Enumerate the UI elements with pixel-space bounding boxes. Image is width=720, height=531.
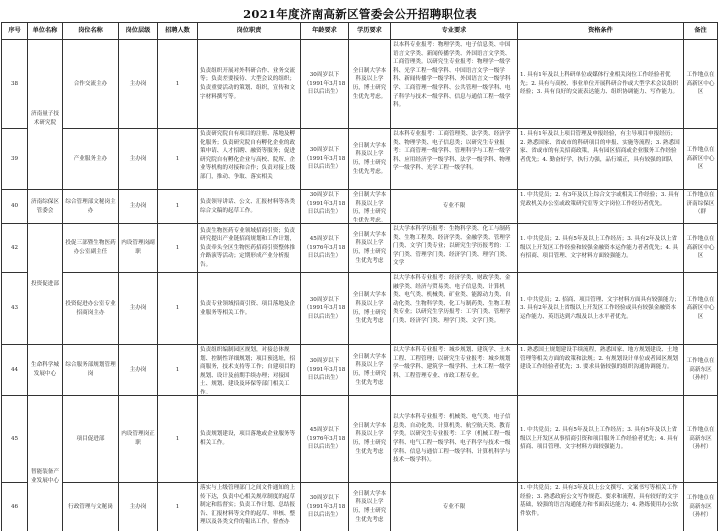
note-text: 工作地点在高新区中心区 (684, 224, 718, 273)
major-requirement: 专业不限 (391, 190, 518, 224)
position-name: 合作交流主办 (63, 40, 119, 129)
education-requirement: 全日制大学本科及以上学历，博士研究生优先考虑 (349, 483, 391, 531)
qualification-text: 1. 中共党员；2. 具有5年及以上工作经历；3. 具有2年及以上省级以上开发区… (518, 224, 684, 273)
duty-text: 负责规划建设，项目落地或企业服务等相关工作。 (198, 396, 301, 483)
row-number: 40 (2, 190, 28, 224)
education-requirement: 全日制大学本科及以上学历，博士研究生优先考虑 (349, 273, 391, 345)
major-text: 以大学本科专业报考：城乡规划、建筑学、土木工程、工程管理；以研究生专业报考：城乡… (393, 346, 515, 394)
duty-text: 落实与上级管理部门之间文件通知的上传下达，负责中心相关规章制度的起草制定和监督实… (200, 484, 298, 530)
duty-text: 负责组织开展对外科研合作、业务交流等；负责差要接待、大型会议的组织；负责重要活动… (198, 40, 301, 129)
qualification-text: 1. 具有1年及以上项目管理及申报经验，有主导项目申报经历；2. 熟悉国家、省或… (520, 130, 681, 188)
hire-count: 1 (158, 396, 198, 483)
position-name: 投促三部暨生物医药办公室副主任 (63, 224, 119, 273)
education-requirement: 全日制大学本科及以上学历，博士研究生优先考虑 (349, 345, 391, 396)
age-requirement: 30周岁以下（1991年3月18日以后出生） (301, 273, 349, 345)
row-number: 45 (2, 396, 28, 483)
duty-text: 负责研究院自有项目的注册、落地及孵化服务；负责研究院自有孵化企业的政策申请、人才… (200, 130, 298, 188)
position-name: 综合服务部规划管理岗 (63, 345, 119, 396)
qualification-text: 1. 中共党员；2. 招商、项目管理、文字材料方面具有较强能力；3. 具有2年及… (518, 273, 684, 345)
qualification-cell: 1. 具有1年及以上项目管理及申报经验，有主导项目申报经历；2. 熟悉国家、省或… (518, 129, 684, 190)
major-text: 以大学本科专业报考：机械类、电气类、电子信息类、自动化类、计算机类、航空航天类、… (391, 396, 518, 483)
qualification-cell: 1. 中共党员；2. 具有3年及以上公文撰写、文案书写等相关工作经验；3. 熟悉… (518, 483, 684, 531)
education-cell: 全日制大学本科及以上学历，博士研究生优先考虑。 (349, 190, 391, 224)
major-cell: 以大学本科学历报考：生物科学类、化工与制药类、生物工程类、经济学类、金融学类、管… (391, 224, 518, 273)
col-header-position: 岗位名称 (63, 23, 119, 40)
duty-cell: 落实与上级管理部门之间文件通知的上传下达，负责中心相关规章制度的起草制定和监督实… (198, 483, 301, 531)
hire-count: 1 (158, 483, 198, 531)
education-requirement: 全日制大学本科及以上学历，博士研究生优先考虑。 (351, 191, 388, 222)
qualification-text: 1. 具有1年及以上科研单位或媒体行业相关岗位工作经验者优先；2. 具有与高校、… (518, 40, 684, 129)
col-header-count: 招聘人数 (158, 23, 198, 40)
row-number: 38 (2, 40, 28, 129)
table-row: 38 济南量子技术研究院 合作交流主办 主办岗 1 负责组织开展对外科研合作、业… (2, 40, 718, 129)
row-number: 44 (2, 345, 28, 396)
hire-count: 1 (158, 129, 198, 190)
row-number: 39 (2, 129, 28, 190)
position-level: 主办岗 (119, 190, 158, 224)
qualification-cell: 1. 中共党员；2. 有3年及以上综合文字或相关工作经验；3. 具有党政机关办公… (518, 190, 684, 224)
note-text: 工作地点在高新区中心区 (684, 40, 718, 129)
col-header-age: 年龄要求 (301, 23, 349, 40)
note-text: 工作地点在高新东区（孙村） (684, 396, 718, 483)
hire-count: 1 (158, 40, 198, 129)
age-requirement: 30周岁以下（1991年3月18日以后出生） (301, 483, 349, 531)
row-number: 43 (2, 273, 28, 345)
note-text: 工作地点在济南综保区（群 (686, 191, 715, 222)
age-requirement: 30周岁以下（1991年3月18日以后出生） (303, 191, 346, 222)
unit-name: 济南综保区管委会 (28, 190, 63, 224)
hire-count: 1 (158, 224, 198, 273)
major-cell: 以大学本科专业报考：经济学类、财政学类、金融学类、经济与贸易类、电子信息类、计算… (391, 273, 518, 345)
qualification-text: 1. 中共党员；2. 有3年及以上综合文字或相关工作经验；3. 具有党政机关办公… (520, 191, 681, 222)
col-header-duty: 岗位职责 (198, 23, 301, 40)
duty-text: 负责生物医药专业领域招商引资；负责研究提出产业链招商规划和工作计划，负责牵头全区… (198, 224, 301, 273)
qualification-text: 1. 中共党员；2. 具有5年及以上工作经历；3. 具有5年及以上省级以上开发区… (518, 396, 684, 483)
position-level: 主办岗 (119, 273, 158, 345)
major-requirement: 以本科专业报考：物理学类、电子信息类、中国语言文学类、新闻传播学类、外国语言文学… (391, 40, 518, 129)
age-requirement: 30周岁以下（1991年3月18日以后出生） (301, 345, 349, 396)
col-header-note: 备注 (684, 23, 718, 40)
major-cell: 以本科专业报考：工商管理类、法学类、经济学类、物理学类、电子信息类；以研究生专业… (391, 129, 518, 190)
age-requirement: 30周岁以下（1991年3月18日以后出生） (301, 40, 349, 129)
note-text: 工作地点在高新东区（孙村） (684, 345, 718, 396)
unit-name: 智能装备产业发展中心 (28, 396, 63, 531)
education-requirement: 全日制大学本科及以上学历，博士研究生优先考虑 (349, 224, 391, 273)
note-text: 工作地点在高新东区（孙村） (684, 483, 718, 531)
duty-cell: 负责研究院自有项目的注册、落地及孵化服务；负责研究院自有孵化企业的政策申请、人才… (198, 129, 301, 190)
major-cell: 以大学本科专业报考：城乡规划、建筑学、土木工程、工程管理；以研究生专业报考：城乡… (391, 345, 518, 396)
hire-count: 1 (158, 345, 198, 396)
duty-text: 负责组织编制园区规划，对接总体规划、控制性详细规划；项目预选址，招商服务，技术支… (200, 346, 298, 394)
col-header-education: 学历要求 (349, 23, 391, 40)
recruitment-table: 序号 单位名称 岗位名称 岗位层级 招聘人数 岗位职责 年龄要求 学历要求 专业… (1, 22, 718, 531)
note-text: 工作地点在高新区中心区 (684, 273, 718, 345)
col-header-level: 岗位层级 (119, 23, 158, 40)
major-text: 以大学本科专业报考：经济学类、财政学类、金融学类、经济与贸易类、电子信息类、计算… (393, 274, 515, 343)
unit-name: 生命科学城发展中心 (28, 345, 63, 396)
page-title: 2021年度济南高新区管委会公开招聘职位表 (0, 6, 720, 22)
position-name: 综合管理部文秘岗主办 (63, 190, 119, 224)
position-level: 主办岗 (119, 40, 158, 129)
qualification-text: 1. 中共党员；2. 具有3年及以上公文撰写、文案书写等相关工作经验；3. 熟悉… (520, 484, 681, 530)
hire-count: 1 (158, 273, 198, 345)
position-level: 内设管理岗正职 (119, 396, 158, 483)
education-requirement: 全日制大学本科及以上学历，博士研究生优先考虑。 (349, 40, 391, 129)
position-level: 主办岗 (119, 345, 158, 396)
qualification-text: 1. 熟悉国土规划建设手续流程，熟悉国家、地方规划建设、土地管理等相关方面的政策… (520, 346, 681, 394)
education-requirement: 全日制大学本科及以上学历，博士研究生优先考虑 (349, 396, 391, 483)
major-text: 以本科专业报考：物理学类、电子信息类、中国语言文学类、新闻传播学类、外国语言文学… (393, 41, 515, 127)
position-name: 项目促进部 (63, 396, 119, 483)
duty-text: 负责领导讲话、公文、汇报材料等各类综合文稿的起草工作。 (198, 190, 301, 224)
header-row: 序号 单位名称 岗位名称 岗位层级 招聘人数 岗位职责 年龄要求 学历要求 专业… (2, 23, 718, 40)
table-row: 39 产业服务主办 主办岗 1 负责研究院自有项目的注册、落地及孵化服务；负责研… (2, 129, 718, 190)
position-level: 主办岗 (119, 483, 158, 531)
education-requirement: 全日制大学本科及以上学历，博士研究生优先考虑。 (349, 129, 391, 190)
position-level: 主办岗 (119, 129, 158, 190)
unit-name: 济南量子技术研究院 (28, 40, 63, 190)
hire-count: 1 (158, 190, 198, 224)
table-row: 45 智能装备产业发展中心 项目促进部 内设管理岗正职 1 负责规划建设，项目落… (2, 396, 718, 483)
table-row: 40 济南综保区管委会 综合管理部文秘岗主办 主办岗 1 负责领导讲话、公文、汇… (2, 190, 718, 224)
major-requirement: 专业不限 (391, 483, 518, 531)
row-number: 42 (2, 224, 28, 273)
col-header-no: 序号 (2, 23, 28, 40)
age-requirement: 45周岁以下（1976年3月18日以后出生） (301, 224, 349, 273)
position-name: 投资促进办公室专业招商岗主办 (63, 273, 119, 345)
position-level: 内设管理岗副职 (119, 224, 158, 273)
col-header-major: 专业要求 (391, 23, 518, 40)
position-name: 产业服务主办 (63, 129, 119, 190)
table-row: 43 投资促进办公室专业招商岗主办 主办岗 1 负责专业领域招商引资、项目落地及… (2, 273, 718, 345)
major-text: 以本科专业报考：工商管理类、法学类、经济学类、物理学类、电子信息类；以研究生专业… (393, 130, 515, 188)
table-row: 46 行政管理与文秘岗 主办岗 1 落实与上级管理部门之间文件通知的上传下达，负… (2, 483, 718, 531)
table-row: 42 投资促进部 投促三部暨生物医药办公室副主任 内设管理岗副职 1 负责生物医… (2, 224, 718, 273)
qualification-cell: 1. 熟悉国土规划建设手续流程，熟悉国家、地方规划建设、土地管理等相关方面的政策… (518, 345, 684, 396)
position-name: 行政管理与文秘岗 (63, 483, 119, 531)
major-text: 以大学本科学历报考：生物科学类、化工与制药类、生物工程类、经济学类、金融学类、管… (393, 225, 515, 271)
age-requirement: 30周岁以下（1991年3月18日以后出生） (301, 129, 349, 190)
col-header-unit: 单位名称 (28, 23, 63, 40)
col-header-qualification: 资格条件 (518, 23, 684, 40)
unit-name: 投资促进部 (28, 224, 63, 345)
duty-text: 负责专业领域招商引资、项目落地及企业服务等相关工作。 (198, 273, 301, 345)
duty-cell: 负责组织编制园区规划，对接总体规划、控制性详细规划；项目预选址，招商服务，技术支… (198, 345, 301, 396)
age-requirement: 45周岁以下（1976年3月18日以后出生） (301, 396, 349, 483)
table-row: 44 生命科学城发展中心 综合服务部规划管理岗 主办岗 1 负责组织编制园区规划… (2, 345, 718, 396)
note-text: 工作地点在高新区中心区 (684, 129, 718, 190)
note-cell: 工作地点在济南综保区（群 (684, 190, 718, 224)
age-cell: 30周岁以下（1991年3月18日以后出生） (301, 190, 349, 224)
row-number: 46 (2, 483, 28, 531)
